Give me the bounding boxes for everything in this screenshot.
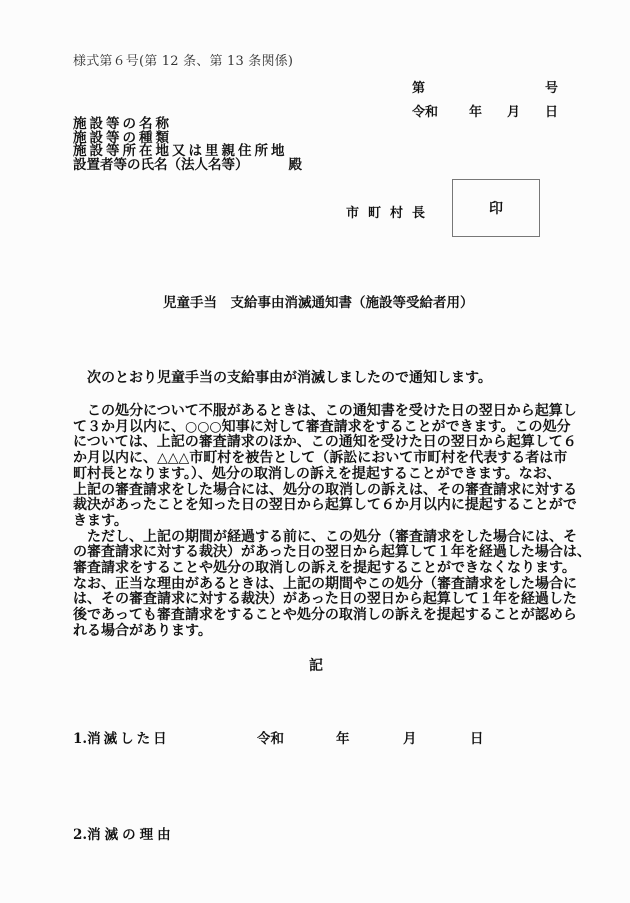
reference-number: 第 号 (412, 77, 558, 96)
seal-box: 印 (452, 179, 540, 237)
reference-number-prefix: 第 (412, 77, 425, 96)
issue-date-month: 月 (507, 101, 520, 120)
item-number: 1. (73, 731, 87, 747)
extinction-date-day: 日 (470, 727, 484, 747)
item-extinction-date: 1.消滅した日 (73, 727, 170, 747)
issuer-title: 市町村長 (346, 202, 434, 221)
issue-date-day: 日 (545, 101, 558, 120)
issue-date-era: 令和 (412, 101, 438, 120)
body-line: きます。 (73, 514, 559, 530)
ki-heading: 記 (309, 655, 323, 675)
extinction-date-era: 令和 (257, 727, 284, 747)
body-line: か月以内に、△△△市町村を被告として（訴訟において市町村を代表する者は市 (73, 451, 559, 467)
issue-date-year: 年 (469, 101, 482, 120)
form-number: 様式第６号(第 12 条、第 13 条関係) (73, 50, 293, 69)
founder-name-label: 設置者等の氏名（法人名等） (73, 157, 249, 173)
body-line: 後であっても審査請求をすることや処分の取消しの訴えを提起することが認めら (73, 608, 559, 624)
item-number: 2. (73, 827, 87, 843)
seal-label: 印 (489, 198, 503, 218)
item-label: 消滅の理由 (87, 827, 175, 843)
body-line: れる場合があります。 (73, 624, 559, 640)
intro-text: 次のとおり児童手当の支給事由が消滅しましたので通知します。 (87, 367, 492, 387)
body-line: 審査請求をすることや処分の取消しの訴えを提起することができなくなります。 (73, 561, 559, 577)
appeal-notice-paragraph: この処分について不服があるときは、この通知書を受けた日の翌日から起算し て３か月… (73, 404, 559, 640)
honorific-dono: 殿 (289, 157, 303, 173)
body-line: 裁決があったことを知った日の翌日から起算して６か月以内に提起することがで (73, 498, 559, 514)
body-line: 町村長となります。）、処分の取消しの訴えを提起することができます。なお、 (73, 467, 559, 483)
body-line: の審査請求に対する裁決）があった日の翌日から起算して１年を経過した場合は、 (73, 545, 559, 561)
body-line: この処分について不服があるときは、この通知書を受けた日の翌日から起算し (73, 404, 559, 420)
document-title: 児童手当 支給事由消滅通知書（施設等受給者用） (163, 291, 474, 311)
body-line: は、その審査請求に対する裁決）があった日の翌日から起算して１年を経過した (73, 592, 559, 608)
item-label: 消滅した日 (87, 731, 170, 747)
extinction-date-month: 月 (403, 727, 417, 747)
item-extinction-reason: 2.消滅の理由 (73, 823, 175, 843)
addressee-block: 施設等の名称 施設等の種類 施設等所在地又は里親住所地 設置者等の氏名（法人名等… (73, 118, 302, 172)
body-line: については、上記の審査請求のほか、この通知を受けた日の翌日から起算して６ (73, 435, 559, 451)
reference-number-suffix: 号 (545, 77, 558, 96)
extinction-date-year: 年 (336, 727, 350, 747)
issue-date: 令和 年 月 日 (412, 101, 558, 120)
body-line: ただし、上記の期間が経過する前に、この処分（審査請求をした場合には、そ (73, 530, 559, 546)
body-line: 上記の審査請求をした場合には、処分の取消しの訴えは、その審査請求に対する (73, 483, 559, 499)
